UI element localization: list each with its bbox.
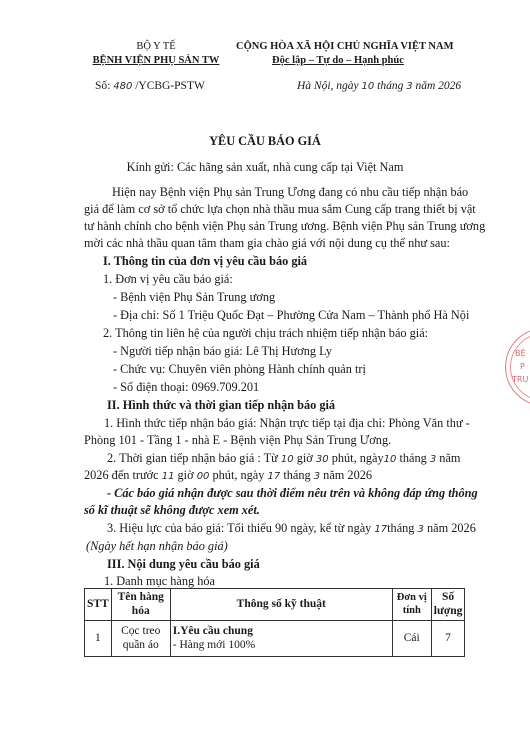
submission-time: 2. Thời gian tiếp nhận báo giá : Từ 10 g…: [107, 451, 460, 466]
header-unit: Đơn vị tính: [392, 589, 431, 621]
hospital-name: BỆNH VIỆN PHỤ SẢN TW: [56, 55, 256, 66]
cell-specs: I.Yêu cầu chung - Hàng mới 100%: [170, 621, 392, 657]
stamp-text: BỆ: [515, 349, 526, 359]
header-item-name: Tên hàng hóa: [111, 589, 170, 621]
section-1-item-1: 1. Đơn vị yêu cầu báo giá:: [103, 272, 233, 287]
recipient-line: Kính gửi: Các hãng sản xuất, nhà cung cấ…: [0, 160, 530, 175]
contact-phone: - Số điện thoại: 0969.709.201: [113, 380, 259, 395]
header-specs: Thông số kỹ thuật: [170, 589, 392, 621]
cell-item-name: Cọc treo quần áo: [111, 621, 170, 657]
submission-time-cont: 2026 đến trước 11 giờ 00 phút, ngày 17 t…: [84, 468, 372, 483]
country-name: CỘNG HÒA XÃ HỘI CHỦ NGHĨA VIỆT NAM: [236, 41, 454, 52]
document-number: Số: 480 /YCBG-PSTW: [95, 80, 205, 92]
header-stt: STT: [85, 589, 112, 621]
cell-unit: Cái: [392, 621, 431, 657]
intro-line: Hiện nay Bệnh viện Phụ sản Trung Ương đa…: [112, 185, 468, 200]
section-1-heading: I. Thông tin của đơn vị yêu cầu báo giá: [103, 254, 307, 269]
document-title: YÊU CẦU BÁO GIÁ: [0, 134, 530, 149]
intro-line: mời các nhà thầu quan tâm tham gia chào …: [84, 236, 450, 251]
goods-list-label: 1. Danh mục hàng hóa: [104, 574, 215, 589]
section-1-item-2: 2. Thông tin liên hệ của người chịu trác…: [103, 326, 428, 341]
stamp-text: P: [520, 362, 525, 372]
official-stamp: [505, 328, 530, 406]
contact-position: - Chức vụ: Chuyên viên phòng Hành chính …: [113, 362, 366, 377]
national-motto: Độc lập – Tự do – Hạnh phúc: [272, 55, 404, 66]
ministry-name: BỘ Y TẾ: [56, 41, 256, 52]
stamp-text: TRU: [512, 375, 528, 385]
quote-validity-note: (Ngày hết hạn nhận báo giá): [86, 539, 228, 554]
intro-line: tư hành chính cho bệnh viện Phụ sản Trun…: [84, 219, 485, 234]
contact-person: - Người tiếp nhận báo giá: Lê Thị Hương …: [113, 344, 332, 359]
requester-name: - Bệnh viện Phụ Sản Trung ương: [113, 290, 275, 305]
table-header-row: STT Tên hàng hóa Thông số kỹ thuật Đơn v…: [85, 589, 465, 621]
warning-note-cont: số kĩ thuật sẽ không được xem xét.: [84, 503, 260, 518]
requester-address: - Địa chỉ: Số 1 Triệu Quốc Đạt – Phường …: [113, 308, 469, 323]
section-2-heading: II. Hình thức và thời gian tiếp nhận báo…: [107, 398, 335, 413]
submission-method: 1. Hình thức tiếp nhận báo giá: Nhận trự…: [104, 416, 470, 431]
table-row: 1 Cọc treo quần áo I.Yêu cầu chung - Hàn…: [85, 621, 465, 657]
handwritten-number: 480: [113, 81, 132, 92]
goods-table: STT Tên hàng hóa Thông số kỹ thuật Đơn v…: [84, 588, 465, 657]
section-3-heading: III. Nội dung yêu cầu báo giá: [107, 557, 260, 572]
intro-line: giá để làm cơ sở tổ chức lựa chọn nhà th…: [84, 202, 476, 217]
quote-validity: 3. Hiệu lực của báo giá: Tối thiểu 90 ng…: [107, 521, 476, 536]
cell-quantity: 7: [431, 621, 465, 657]
warning-note: - Các báo giá nhận được sau thời điểm nê…: [107, 486, 478, 501]
document-date: Hà Nội, ngày 10 tháng 3 năm 2026: [297, 80, 461, 92]
cell-stt: 1: [85, 621, 112, 657]
submission-method-cont: Phòng 101 - Tầng 1 - nhà E - Bệnh viện P…: [84, 433, 391, 448]
header-quantity: Số lượng: [431, 589, 465, 621]
